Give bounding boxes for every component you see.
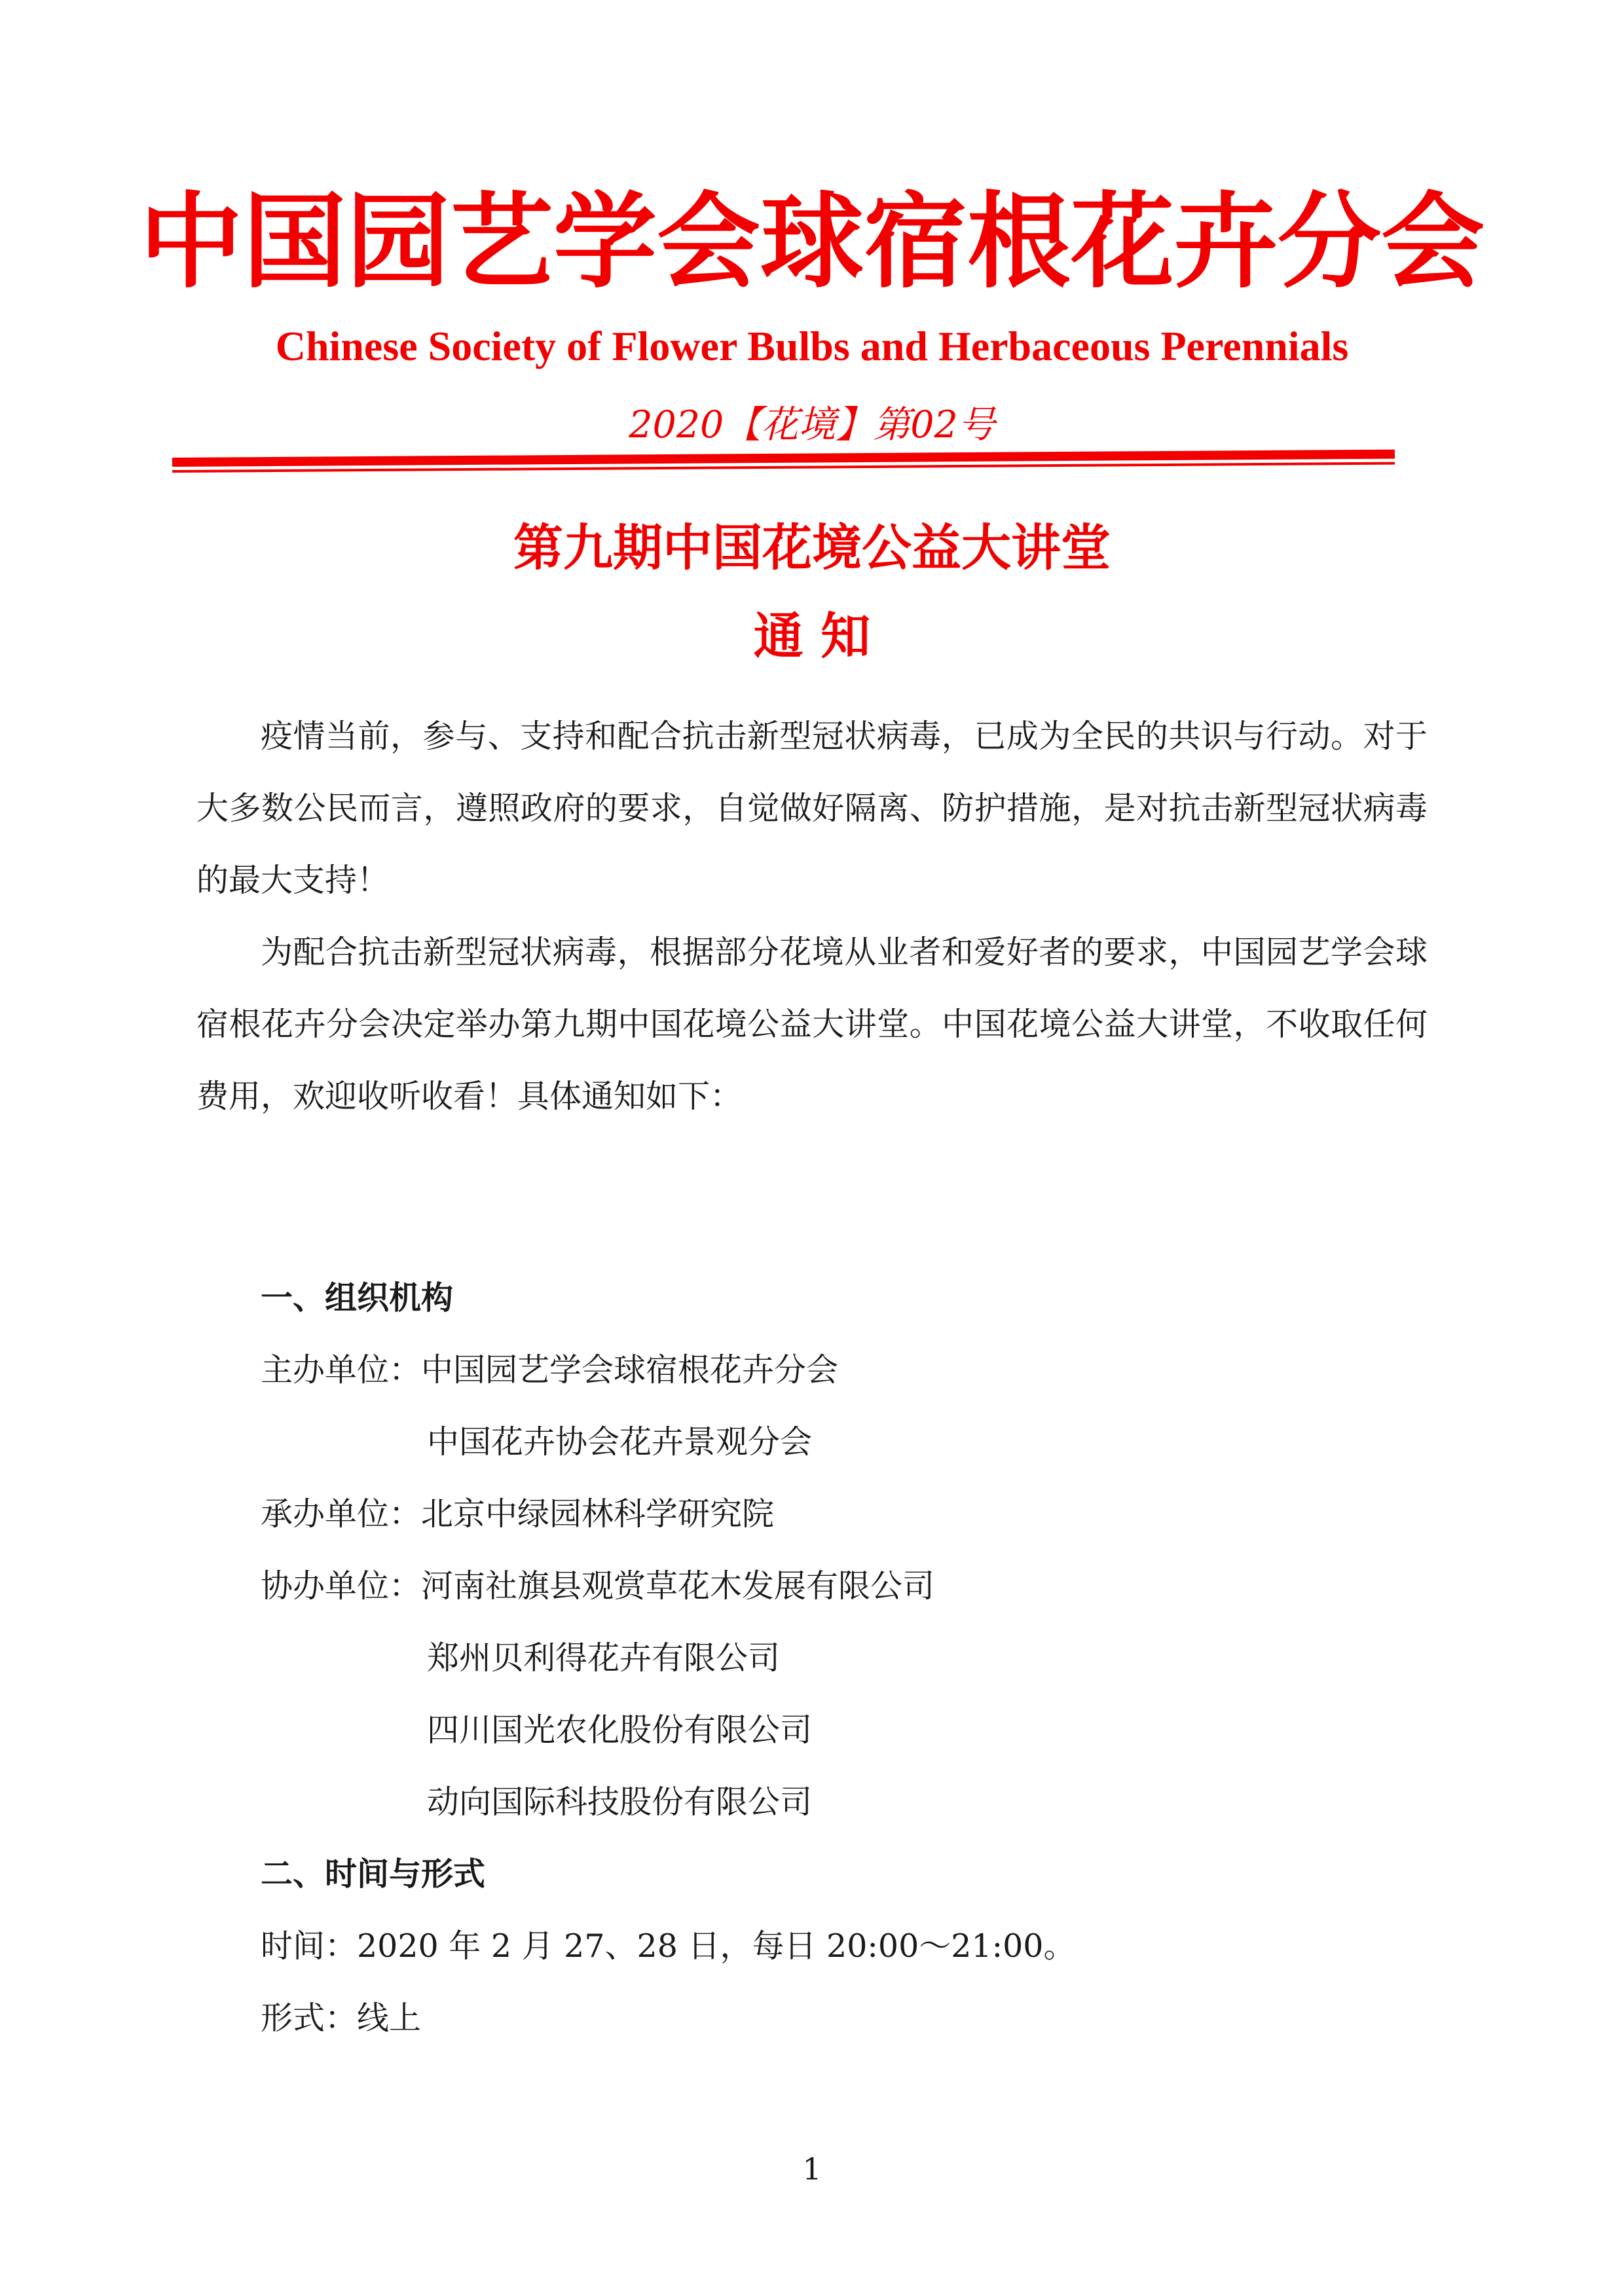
paragraph-2: 为配合抗击新型冠状病毒，根据部分花境从业者和爱好者的要求，中国园艺学会球宿根花卉… [196,917,1428,1133]
organizer-coorganizer-line: 协办单位：河南社旗县观赏草花木发展有限公司 [196,1550,1428,1622]
organizer-coorganizer-line-4: 动向国际科技股份有限公司 [196,1766,1428,1838]
org-name-english: Chinese Society of Flower Bulbs and Herb… [0,323,1624,369]
document-page: 中国园艺学会球宿根花卉分会 Chinese Society of Flower … [0,0,1624,2296]
organizer-coorganizer-line-2: 郑州贝利得花卉有限公司 [196,1622,1428,1694]
notice-title: 第九期中国花境公益大讲堂 [0,519,1624,576]
red-divider [172,450,1395,473]
section-1-heading: 一、组织机构 [196,1262,1428,1334]
format-line: 形式：线上 [196,1982,1428,2054]
page-number: 1 [0,2153,1624,2186]
organizer-coorganizer-line-3: 四川国光农化股份有限公司 [196,1694,1428,1766]
document-number: 2020【花境】第02号 [0,405,1624,446]
paragraph-1: 疫情当前，参与、支持和配合抗击新型冠状病毒，已成为全民的共识与行动。对于大多数公… [196,701,1428,917]
sections: 一、组织机构 主办单位：中国园艺学会球宿根花卉分会 中国花卉协会花卉景观分会 承… [196,1262,1428,2054]
organizer-host-line: 主办单位：中国园艺学会球宿根花卉分会 [196,1334,1428,1406]
section-2-heading: 二、时间与形式 [196,1838,1428,1910]
organizer-host-line-2: 中国花卉协会花卉景观分会 [196,1406,1428,1478]
notice-subtitle: 通 知 [0,608,1624,665]
organizer-undertaker-line: 承办单位：北京中绿园林科学研究院 [196,1478,1428,1550]
body-text: 疫情当前，参与、支持和配合抗击新型冠状病毒，已成为全民的共识与行动。对于大多数公… [196,701,1428,1133]
time-line: 时间：2020 年 2 月 27、28 日，每日 20:00～21:00。 [196,1910,1428,1982]
org-name-chinese: 中国园艺学会球宿根花卉分会 [0,185,1624,301]
